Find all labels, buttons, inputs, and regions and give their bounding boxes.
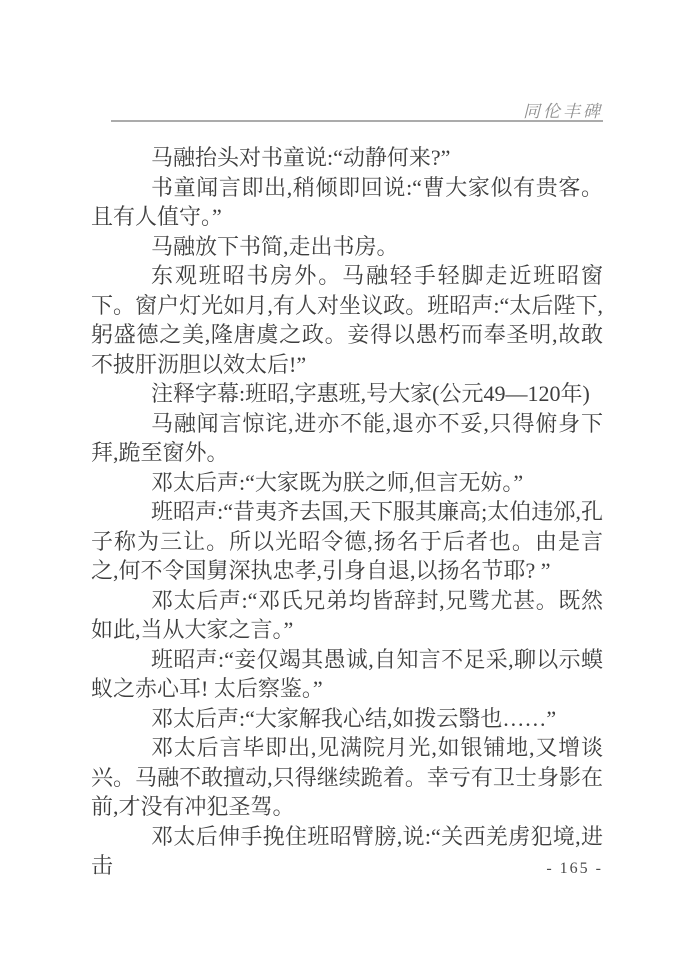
header-rule [111,120,603,122]
book-page: 同伦丰碑 马融抬头对书童说:“动静何来?”书童闻言即出,稍倾即回说:“曹大家似有… [0,0,692,968]
paragraph: 班昭声:“妾仅竭其愚诚,自知言不足采,聊以示蟆蚁之赤心耳! 太后察鉴。” [91,645,603,704]
page-body-text: 马融抬头对书童说:“动静何来?”书童闻言即出,稍倾即回说:“曹大家似有贵客。且有… [91,143,603,881]
paragraph: 东观班昭书房外。马融轻手轻脚走近班昭窗下。窗户灯光如月,有人对坐议政。班昭声:“… [91,261,603,379]
paragraph: 邓太后声:“大家既为朕之师,但言无妨。” [91,468,603,498]
paragraph: 马融闻言惊诧,进亦不能,退亦不妥,只得俯身下拜,跪至窗外。 [91,409,603,468]
paragraph: 班昭声:“昔夷齐去国,天下服其廉高;太伯违邠,孔子称为三让。所以光昭令德,扬名于… [91,497,603,586]
paragraph: 邓太后声:“邓氏兄弟均皆辞封,兄骘尤甚。既然如此,当从大家之言。” [91,586,603,645]
paragraph: 马融抬头对书童说:“动静何来?” [91,143,603,173]
paragraph: 邓太后言毕即出,见满院月光,如银铺地,又增谈兴。马融不敢擅动,只得继续跪着。幸亏… [91,733,603,822]
paragraph: 邓太后声:“大家解我心结,如拨云翳也……” [91,704,603,734]
paragraph: 马融放下书简,走出书房。 [91,232,603,262]
page-number: - 165 - [111,860,603,878]
paragraph: 书童闻言即出,稍倾即回说:“曹大家似有贵客。且有人值守。” [91,173,603,232]
running-title: 同伦丰碑 [111,97,603,122]
paragraph: 注释字幕:班昭,字惠班,号大家(公元49—120年) [91,379,603,409]
